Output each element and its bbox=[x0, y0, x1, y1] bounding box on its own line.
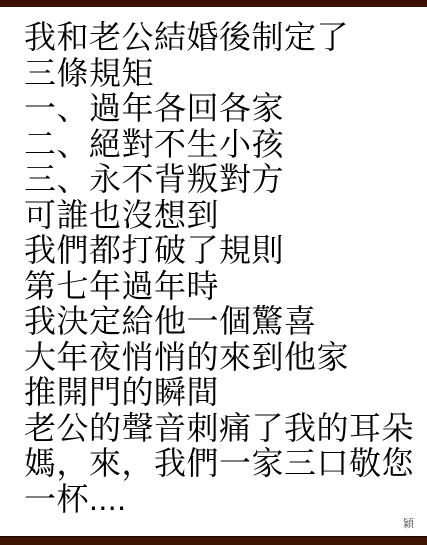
text-line: 可誰也沒想到 bbox=[24, 198, 423, 234]
text-line: 二、絕對不生小孩 bbox=[24, 127, 423, 163]
text-line: 一杯.... bbox=[24, 482, 423, 518]
text-line: 三條規矩 bbox=[24, 56, 423, 92]
top-border-bar bbox=[0, 0, 427, 7]
bottom-border-bar bbox=[0, 536, 427, 545]
text-line: 老公的聲音刺痛了我的耳朵 bbox=[24, 411, 423, 447]
text-line: 第七年過年時 bbox=[24, 269, 423, 305]
text-line: 大年夜悄悄的來到他家 bbox=[24, 340, 423, 376]
text-line: 我和老公結婚後制定了 bbox=[24, 20, 423, 56]
watermark-signature: 穎 bbox=[403, 515, 414, 531]
text-line: 推開門的瞬間 bbox=[24, 375, 423, 411]
text-line: 我們都打破了規則 bbox=[24, 233, 423, 269]
text-line: 一、過年各回各家 bbox=[24, 91, 423, 127]
text-line: 媽，來，我們一家三口敬您 bbox=[24, 446, 423, 482]
joke-text-page: 我和老公結婚後制定了 三條規矩 一、過年各回各家 二、絕對不生小孩 三、永不背叛… bbox=[0, 0, 427, 545]
story-text-block: 我和老公結婚後制定了 三條規矩 一、過年各回各家 二、絕對不生小孩 三、永不背叛… bbox=[0, 7, 427, 517]
text-line: 我決定給他一個驚喜 bbox=[24, 304, 423, 340]
text-line: 三、永不背叛對方 bbox=[24, 162, 423, 198]
